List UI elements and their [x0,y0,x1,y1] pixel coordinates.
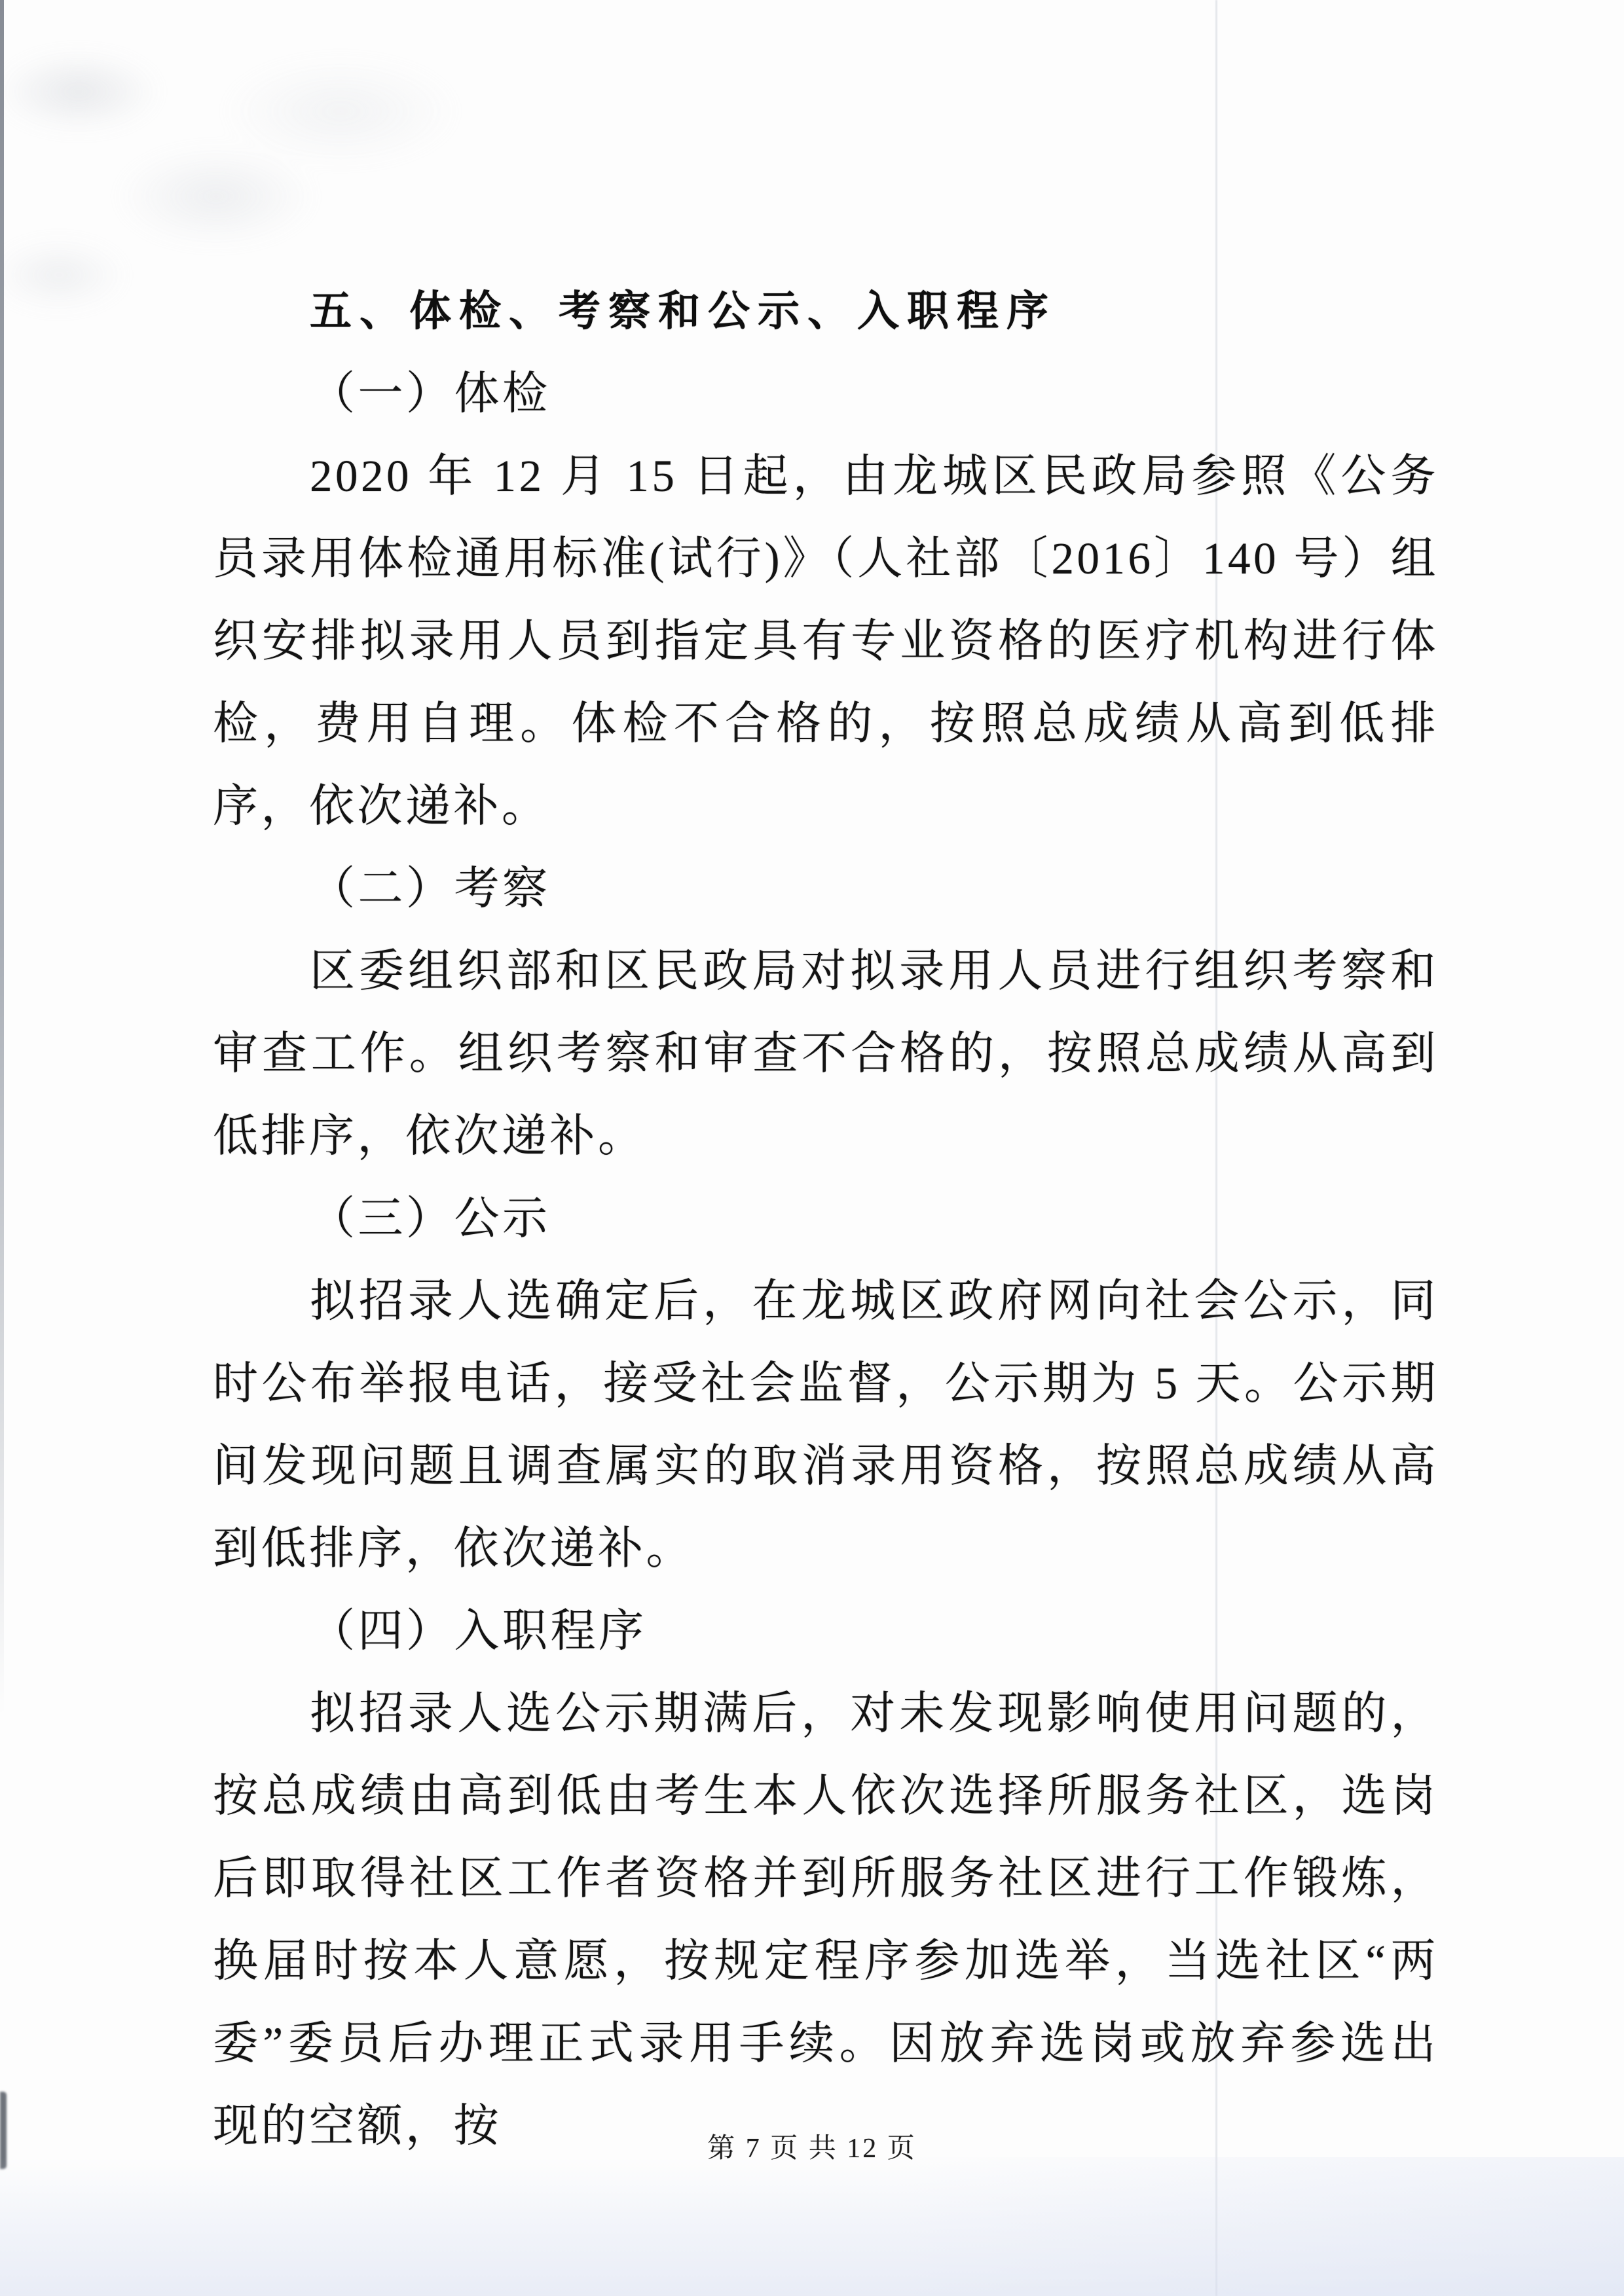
page-footer: 第 7 页 共 12 页 [0,2129,1624,2168]
scan-bottom-tint-artifact [0,2157,1624,2296]
paragraph-public-notice: 拟招录人选确定后，在龙城区政府网向社会公示，同时公布举报电话，接受社会监督，公示… [213,1260,1439,1590]
subheading-physical-exam: （一）体检 [213,352,1439,435]
subheading-public-notice: （三）公示 [213,1177,1439,1260]
paragraph-physical-exam: 2020 年 12 月 15 日起，由龙城区民政局参照《公务员录用体检通用标准(… [213,435,1439,847]
scanned-document-page: { "colors": { "paper": "#fdfdfd", "ink":… [0,0,1624,2296]
document-body: 五、体检、考察和公示、入职程序 （一）体检 2020 年 12 月 15 日起，… [213,270,1439,2167]
scan-edge-artifact [0,0,4,1715]
page-number: 第 7 页 共 12 页 [707,2134,917,2164]
page-title: 五、体检、考察和公示、入职程序 [213,270,1439,352]
paragraph-inspection: 区委组织部和区民政局对拟录用人员进行组织考察和审查工作。组织考察和审查不合格的，… [213,930,1439,1177]
subheading-inspection: （二）考察 [213,847,1439,930]
subheading-onboarding-procedure: （四）入职程序 [213,1590,1439,1672]
paragraph-onboarding-procedure: 拟招录人选公示期满后，对未发现影响使用问题的，按总成绩由高到低由考生本人依次选择… [213,1672,1439,2167]
